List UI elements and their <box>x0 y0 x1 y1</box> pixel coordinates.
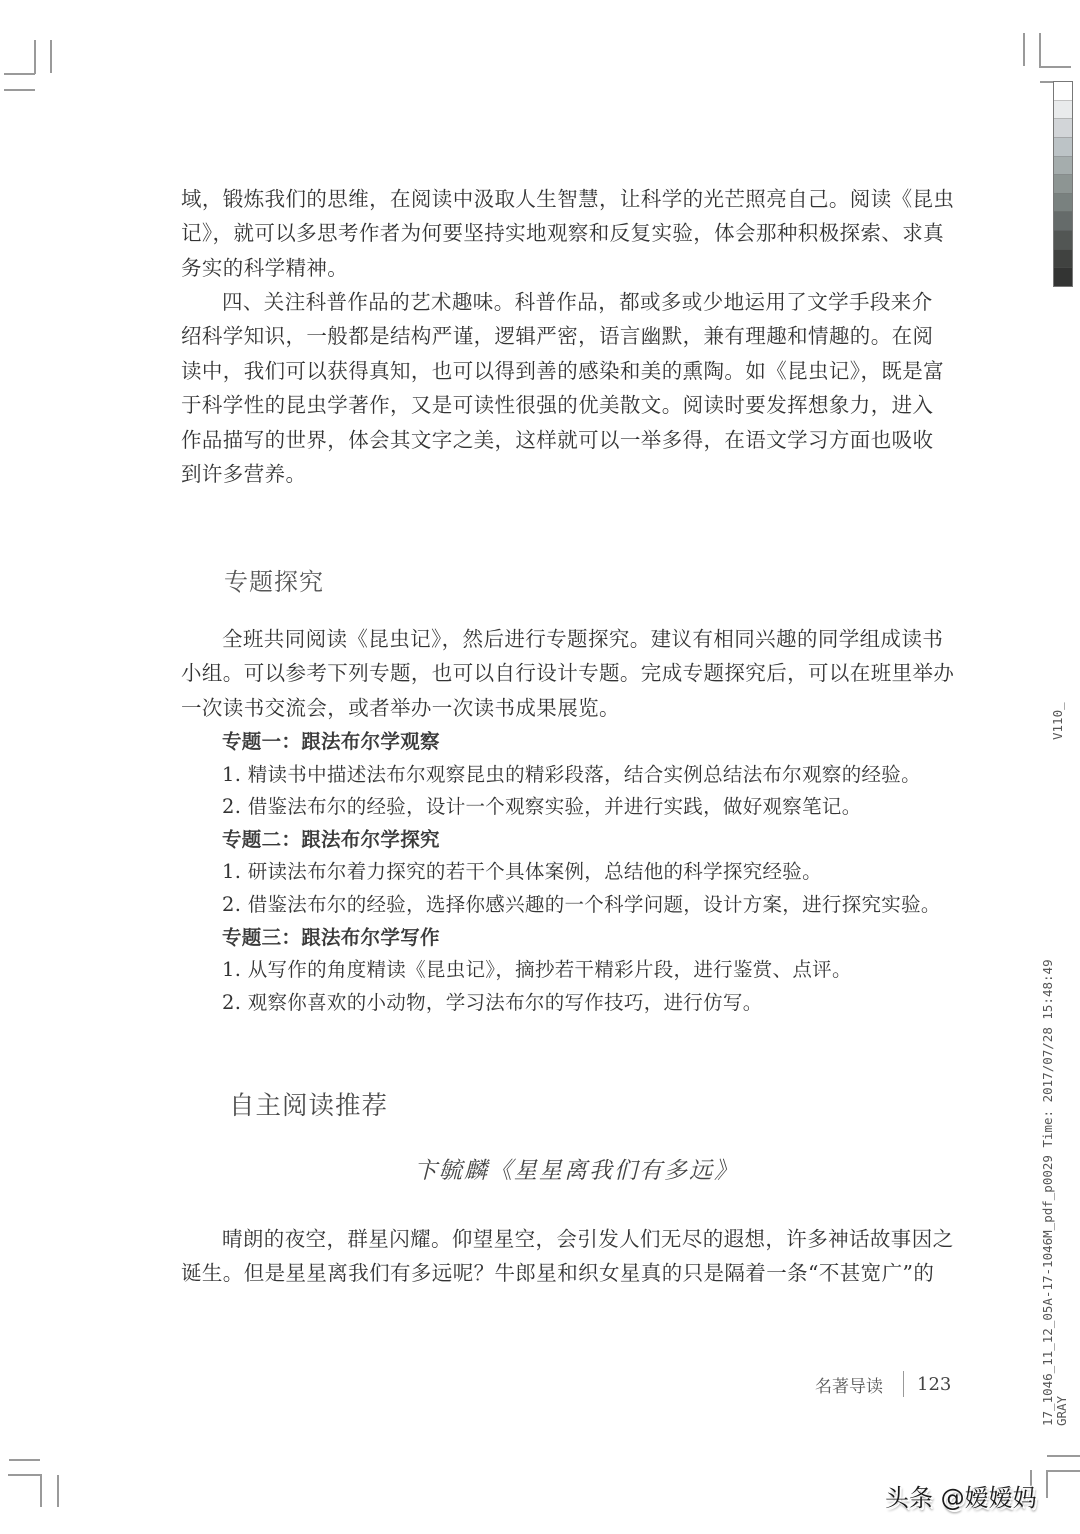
research-intro-paragraph: 全班共同阅读《昆虫记》，然后进行专题探究。建议有相同兴趣的同学组成读书 小组。可… <box>181 622 941 725</box>
grayscale-step <box>1054 250 1072 269</box>
watermark: 头条 @嫒嫒妈 <box>885 1478 1037 1513</box>
crop-mark <box>40 1474 42 1507</box>
topic-item: 1. 从写作的角度精读《昆虫记》，摘抄若干精彩片段，进行鉴赏、点评。 <box>222 954 962 987</box>
text-line: 务实的科学精神。 <box>181 251 941 285</box>
crop-mark <box>1023 33 1025 66</box>
grayscale-step <box>1054 157 1072 176</box>
topic-title: 专题一：跟法布尔学观察 <box>222 726 962 759</box>
text-line: 诞生。但是星星离我们有多远呢？牛郎星和织女星真的只是隔着一条“不甚宽广”的 <box>181 1256 941 1290</box>
topic-title: 专题二：跟法布尔学探究 <box>222 824 962 857</box>
side-label-gray: GRAY <box>1054 1396 1069 1426</box>
text-line: 晴朗的夜空，群星闪耀。仰望星空，会引发人们无尽的遐想，许多神话故事因之 <box>181 1222 941 1256</box>
topic-item: 2. 观察你喜欢的小动物，学习法布尔的写作技巧，进行仿写。 <box>222 987 962 1020</box>
grayscale-step <box>1054 82 1072 101</box>
text-line: 小组。可以参考下列专题，也可以自行设计专题。完成专题探究后，可以在班里举办 <box>181 656 941 690</box>
recommend-paragraph: 晴朗的夜空，群星闪耀。仰望星空，会引发人们无尽的遐想，许多神话故事因之 诞生。但… <box>181 1222 941 1291</box>
text-line: 到许多营养。 <box>181 457 941 491</box>
point-four-paragraph: 四、关注科普作品的艺术趣味。科普作品，都或多或少地运用了文学手段来介 绍科学知识… <box>181 285 941 491</box>
grayscale-step <box>1054 212 1072 231</box>
side-label-top: V110_ <box>1050 702 1065 740</box>
topic-item: 2. 借鉴法布尔的经验，选择你感兴趣的一个科学问题，设计方案，进行探究实验。 <box>222 889 962 922</box>
topic-item: 1. 精读书中描述法布尔观察昆虫的精彩段落，结合实例总结法布尔观察的经验。 <box>222 759 962 792</box>
crop-mark <box>1039 33 1041 66</box>
grayscale-calibration-bar <box>1053 81 1073 287</box>
text-line: 于科学性的昆虫学著作，又是可读性很强的优美散文。阅读时要发挥想象力，进入 <box>181 388 941 422</box>
text-line: 记》，就可以多思考作者为何要坚持实地观察和反复实验，体会那种积极探索、求真 <box>181 216 941 250</box>
grayscale-step <box>1054 101 1072 120</box>
intro-paragraph: 域，锻炼我们的思维，在阅读中汲取人生智慧，让科学的光芒照亮自己。阅读《昆虫 记》… <box>181 182 941 285</box>
crop-mark <box>1047 1455 1080 1457</box>
crop-mark <box>50 40 52 73</box>
text-line: 读中，我们可以获得真知，也可以得到善的感染和美的熏陶。如《昆虫记》，既是富 <box>181 354 941 388</box>
footer-divider <box>903 1371 904 1397</box>
crop-mark <box>9 1459 40 1461</box>
page-number: 123 <box>917 1374 951 1395</box>
page-footer: 名著导读 123 <box>815 1371 951 1397</box>
grayscale-step <box>1054 268 1072 286</box>
crop-mark <box>4 73 35 75</box>
text-line: 四、关注科普作品的艺术趣味。科普作品，都或多或少地运用了文学手段来介 <box>181 285 941 319</box>
crop-mark <box>1046 1470 1080 1472</box>
topic-item: 2. 借鉴法布尔的经验，设计一个观察实验，并进行实践，做好观察笔记。 <box>222 791 962 824</box>
footer-section-label: 名著导读 <box>815 1372 883 1397</box>
crop-mark <box>1040 81 1054 83</box>
crop-mark <box>34 40 36 74</box>
text-line: 全班共同阅读《昆虫记》，然后进行专题探究。建议有相同兴趣的同学组成读书 <box>181 622 941 656</box>
section-heading-research: 专题探究 <box>224 562 324 597</box>
grayscale-step <box>1054 231 1072 250</box>
text-line: 域，锻炼我们的思维，在阅读中汲取人生智慧，让科学的光芒照亮自己。阅读《昆虫 <box>181 182 941 216</box>
crop-mark <box>4 89 35 91</box>
topic-item: 1. 研读法布尔着力探究的若干个具体案例，总结他的科学探究经验。 <box>222 856 962 889</box>
text-line: 一次读书交流会，或者举办一次读书成果展览。 <box>181 691 941 725</box>
section-heading-recommend: 自主阅读推荐 <box>229 1086 388 1122</box>
textbook-page: 域，锻炼我们的思维，在阅读中汲取人生智慧，让科学的光芒照亮自己。阅读《昆虫 记》… <box>0 0 1080 1534</box>
text-line: 作品描写的世界，体会其文字之美，这样就可以一举多得，在语文学习方面也吸收 <box>181 423 941 457</box>
crop-mark <box>1039 66 1071 68</box>
crop-mark <box>1046 1470 1048 1498</box>
topic-list: 专题一：跟法布尔学观察 1. 精读书中描述法布尔观察昆虫的精彩段落，结合实例总结… <box>222 726 962 1019</box>
crop-mark <box>57 1475 59 1507</box>
side-label-bottom: 17_1046_11_12_05A-17-1046M_pdf_p0029 Tim… <box>1040 959 1055 1426</box>
recommended-book-title: 卞毓麟《星星离我们有多远》 <box>414 1152 739 1185</box>
crop-mark <box>8 1474 41 1476</box>
topic-title: 专题三：跟法布尔学写作 <box>222 922 962 955</box>
text-line: 绍科学知识，一般都是结构严谨，逻辑严密，语言幽默，兼有理趣和情趣的。在阅 <box>181 319 941 353</box>
grayscale-step <box>1054 119 1072 138</box>
grayscale-step <box>1054 194 1072 213</box>
grayscale-step <box>1054 175 1072 194</box>
grayscale-step <box>1054 138 1072 157</box>
